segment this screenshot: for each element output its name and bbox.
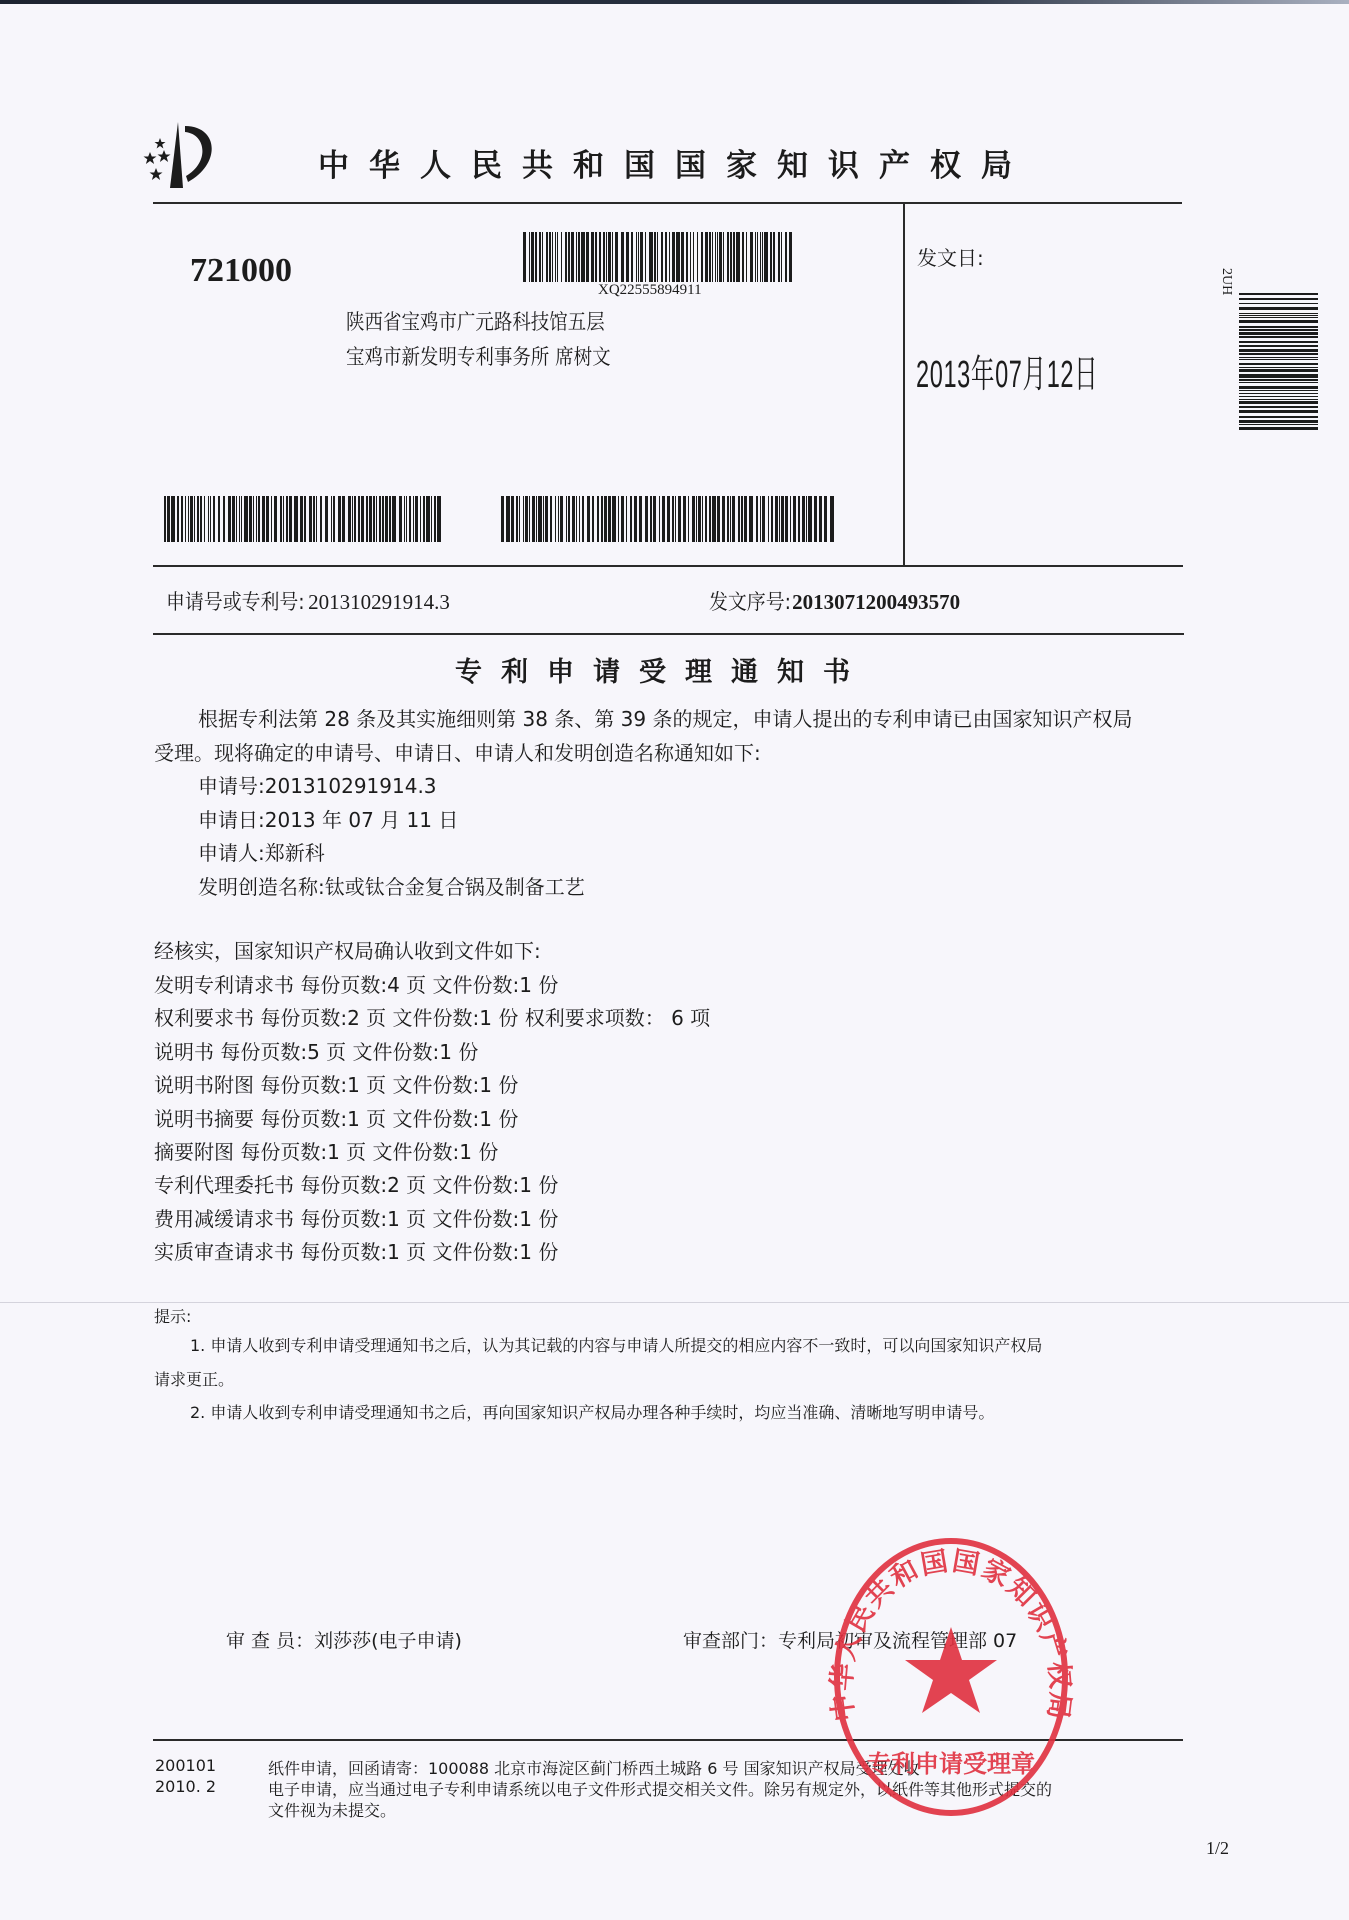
mailing-divider	[153, 565, 1183, 567]
address-line-2: 宝鸡市新发明专利事务所 席树文	[346, 341, 611, 371]
received-file-item: 权利要求书 每份页数:2 页 文件份数:1 份 权利要求项数： 6 项	[154, 1002, 710, 1031]
application-number-label: 申请号或专利号:	[166, 586, 305, 616]
application-field: 申请日:2013 年 07 月 11 日	[198, 804, 458, 833]
footer-line-3: 文件视为未提交。	[268, 1798, 396, 1821]
date-column-divider	[903, 202, 905, 565]
field-label: 发明创造名称:	[198, 875, 325, 899]
tip-2: 2. 申请人收到专利申请受理通知书之后，再向国家知识产权局办理各种手续时，均应当…	[190, 1400, 994, 1423]
issue-date-label: 发文日:	[917, 242, 984, 271]
examiner: 审 查 员：刘莎莎(电子申请)	[226, 1626, 462, 1653]
routing-barcode-right	[501, 496, 838, 542]
sipo-logo-icon	[130, 118, 225, 190]
document-title: 专利申请受理通知书	[455, 650, 869, 689]
received-heading: 经核实，国家知识产权局确认收到文件如下:	[154, 935, 541, 964]
received-file-item: 摘要附图 每份页数:1 页 文件份数:1 份	[154, 1136, 498, 1165]
postcode: 721000	[190, 252, 292, 290]
serial-number-label: 发文序号:	[709, 586, 791, 616]
routing-barcode-left	[164, 496, 442, 542]
received-file-item: 实质审查请求书 每份页数:1 页 文件份数:1 份	[154, 1236, 558, 1265]
star-icon	[905, 1627, 997, 1713]
form-code: 200101	[155, 1756, 216, 1775]
field-value: 钛或钛合金复合锅及制备工艺	[325, 875, 585, 899]
field-label: 申请日:	[198, 808, 265, 832]
application-field: 申请号:201310291914.3	[198, 770, 437, 799]
svg-text:专利申请受理章: 专利申请受理章	[867, 1750, 1035, 1778]
page-number: 1/2	[1206, 1838, 1229, 1859]
barcode-code: XQ22555894911	[598, 282, 702, 299]
field-value: 郑新科	[265, 841, 325, 865]
application-field: 发明创造名称:钛或钛合金复合锅及制备工艺	[198, 871, 585, 900]
application-field: 申请人:郑新科	[198, 837, 325, 866]
tip-1-line-2: 请求更正。	[154, 1367, 234, 1390]
received-file-item: 费用减缓请求书 每份页数:1 页 文件份数:1 份	[154, 1203, 558, 1232]
ref-row-divider	[153, 633, 1184, 635]
received-file-item: 专利代理委托书 每份页数:2 页 文件份数:1 份	[154, 1169, 558, 1198]
intro-line-2: 受理。现将确定的申请号、申请日、申请人和发明创造名称通知如下:	[154, 737, 761, 766]
footer-line-1: 纸件申请，回函请寄：100088 北京市海淀区蓟门桥西土城路 6 号 国家知识产…	[268, 1756, 920, 1779]
agency-name: 中华人民共和国国家知识产权局	[318, 140, 1032, 185]
official-seal-stamp: 中华人民共和国国家知识产权局 专利申请受理章	[826, 1532, 1076, 1822]
received-file-item: 说明书 每份页数:5 页 文件份数:1 份	[154, 1036, 478, 1065]
side-code: 2UH	[1218, 268, 1234, 295]
scan-edge	[0, 0, 1349, 4]
fold-crease	[0, 1302, 1349, 1303]
field-label: 申请号:	[198, 774, 265, 798]
tip-1-line-1: 1. 申请人收到专利申请受理通知书之后，认为其记载的内容与申请人所提交的相应内容…	[190, 1333, 1042, 1356]
field-value: 2013 年 07 月 11 日	[265, 808, 459, 832]
form-version: 2010. 2	[155, 1777, 216, 1796]
serial-number-row: 发文序号:2013071200493570	[709, 586, 960, 616]
serial-number: 2013071200493570	[792, 590, 960, 614]
header-divider	[153, 202, 1182, 204]
application-number: 201310291914.3	[308, 590, 450, 614]
received-file-item: 说明书摘要 每份页数:1 页 文件份数:1 份	[154, 1103, 518, 1132]
issue-date: 2013年07月12日	[916, 343, 1098, 398]
received-file-item: 发明专利请求书 每份页数:4 页 文件份数:1 份	[154, 969, 558, 998]
mail-barcode	[523, 232, 793, 282]
address-line-1: 陕西省宝鸡市广元路科技馆五层	[346, 306, 605, 336]
intro-line-1: 根据专利法第 28 条及其实施细则第 38 条、第 39 条的规定，申请人提出的…	[198, 703, 1133, 732]
field-label: 申请人:	[198, 841, 265, 865]
tips-heading: 提示:	[154, 1304, 191, 1327]
application-number-row: 申请号或专利号:201310291914.3	[166, 586, 450, 616]
received-file-item: 说明书附图 每份页数:1 页 文件份数:1 份	[154, 1069, 518, 1098]
side-barcode	[1239, 293, 1318, 435]
field-value: 201310291914.3	[265, 774, 437, 798]
